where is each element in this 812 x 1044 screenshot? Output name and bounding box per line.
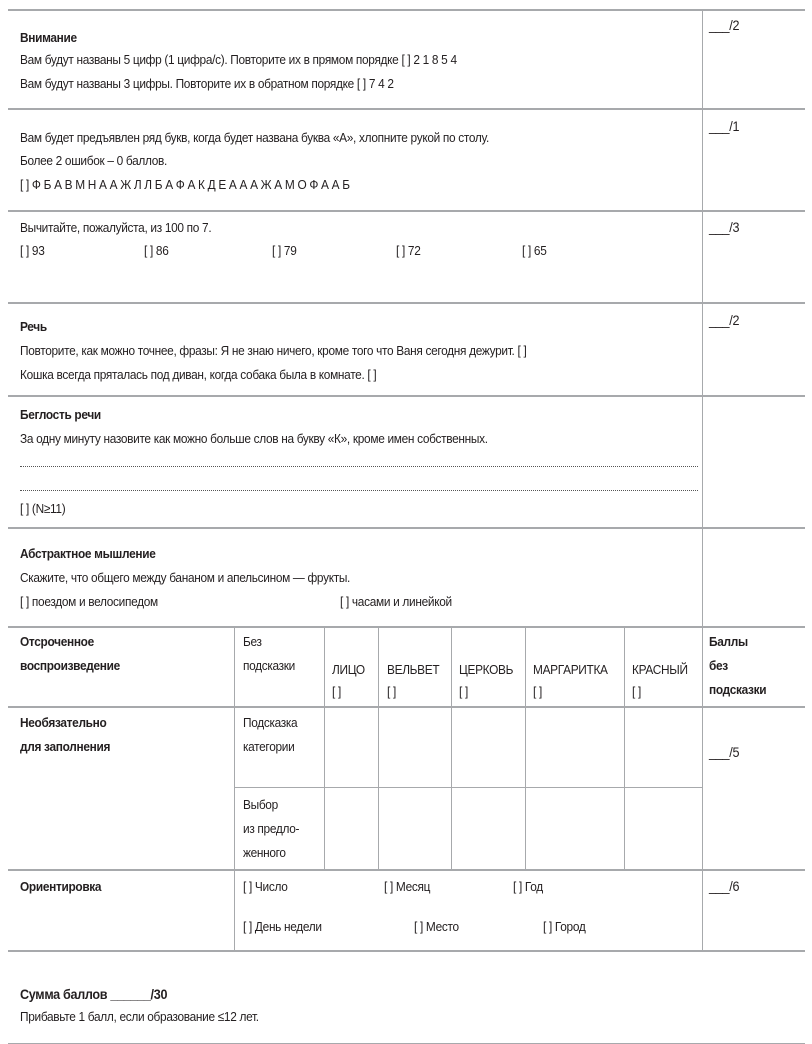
category-cue-line1: Подсказка xyxy=(243,714,297,732)
recall-col-divider-1 xyxy=(324,626,325,870)
fluency-title: Беглость речи xyxy=(20,406,101,424)
recall-word-face: ЛИЦО xyxy=(332,661,365,679)
optional-label-line2: для заполнения xyxy=(20,738,110,756)
multiple-choice-line3: женного xyxy=(243,844,286,862)
speech-phrase-2[interactable]: Кошка всегда пряталась под диван, когда … xyxy=(20,366,376,384)
rule-subtraction-bottom xyxy=(8,302,805,304)
letters-score[interactable]: ___/1 xyxy=(709,118,739,134)
subtraction-item-72[interactable]: [ ] 72 xyxy=(396,242,421,260)
no-cue-label-line2: подсказки xyxy=(243,657,295,675)
rule-attention-bottom xyxy=(8,108,805,110)
fluency-criterion[interactable]: [ ] (N≥11) xyxy=(20,500,65,518)
attention-backward-digits[interactable]: Вам будут названы 3 цифры. Повторите их … xyxy=(20,75,394,93)
attention-score[interactable]: ___/2 xyxy=(709,17,739,33)
speech-score[interactable]: ___/2 xyxy=(709,312,739,328)
orientation-city[interactable]: [ ] Город xyxy=(543,918,585,936)
education-note: Прибавьте 1 балл, если образование ≤12 л… xyxy=(20,1008,259,1026)
abstraction-instruction: Скажите, что общего между бананом и апел… xyxy=(20,569,350,587)
category-cue-line2: категории xyxy=(243,738,294,756)
recall-word-daisy: МАРГАРИТКА xyxy=(533,661,608,679)
rule-top xyxy=(8,9,805,11)
points-header-line1: Баллы xyxy=(709,633,748,651)
recall-score[interactable]: ___/5 xyxy=(709,744,739,760)
rule-abstraction-bottom xyxy=(8,626,805,628)
fluency-answer-line-2[interactable] xyxy=(20,490,698,491)
subtraction-item-79[interactable]: [ ] 79 xyxy=(272,242,297,260)
score-column-divider xyxy=(702,9,703,951)
subtraction-item-93[interactable]: [ ] 93 xyxy=(20,242,45,260)
total-score[interactable]: Сумма баллов ______/30 xyxy=(20,985,167,1003)
rule-fluency-bottom xyxy=(8,527,805,529)
multiple-choice-line2: из предло- xyxy=(243,820,299,838)
optional-label-line1: Необязательно xyxy=(20,714,106,732)
recall-word-daisy-checkbox[interactable]: [ ] xyxy=(533,683,542,701)
orientation-score[interactable]: ___/6 xyxy=(709,878,739,894)
rule-recall-bottom xyxy=(8,869,805,871)
orientation-date[interactable]: [ ] Число xyxy=(243,878,287,896)
points-header-line3: подсказки xyxy=(709,681,766,699)
recall-title-line2: воспроизведение xyxy=(20,657,120,675)
orientation-place[interactable]: [ ] Место xyxy=(414,918,459,936)
subtraction-score[interactable]: ___/3 xyxy=(709,219,739,235)
abstraction-option-train-bike[interactable]: [ ] поездом и велосипедом xyxy=(20,593,158,611)
recall-word-velvet: ВЕЛЬВЕТ xyxy=(387,661,439,679)
fluency-answer-line-1[interactable] xyxy=(20,466,698,467)
attention-title: Внимание xyxy=(20,29,77,47)
subtraction-instruction: Вычитайте, пожалуйста, из 100 по 7. xyxy=(20,219,211,237)
orientation-weekday[interactable]: [ ] День недели xyxy=(243,918,322,936)
recall-col-divider-2 xyxy=(378,626,379,870)
abstraction-title: Абстрактное мышление xyxy=(20,545,155,563)
rule-recall-header-bottom xyxy=(8,706,805,708)
fluency-instruction: За одну минуту назовите как можно больше… xyxy=(20,430,488,448)
recall-word-red: КРАСНЫЙ xyxy=(632,661,688,679)
orientation-month[interactable]: [ ] Месяц xyxy=(384,878,430,896)
recall-col-divider-3 xyxy=(451,626,452,870)
subtraction-item-86[interactable]: [ ] 86 xyxy=(144,242,169,260)
attention-forward-digits[interactable]: Вам будут названы 5 цифр (1 цифра/с). По… xyxy=(20,51,457,69)
recall-col-divider-5 xyxy=(624,626,625,870)
recall-word-velvet-checkbox[interactable]: [ ] xyxy=(387,683,396,701)
speech-phrase-1[interactable]: Повторите, как можно точнее, фразы: Я не… xyxy=(20,342,526,360)
orientation-title: Ориентировка xyxy=(20,878,101,896)
rule-speech-bottom xyxy=(8,395,805,397)
no-cue-label-line1: Без xyxy=(243,633,262,651)
multiple-choice-line1: Выбор xyxy=(243,796,278,814)
rule-cue-rows-divider xyxy=(234,787,702,788)
subtraction-item-65[interactable]: [ ] 65 xyxy=(522,242,547,260)
recall-word-church-checkbox[interactable]: [ ] xyxy=(459,683,468,701)
rule-letters-bottom xyxy=(8,210,805,212)
recall-word-church: ЦЕРКОВЬ xyxy=(459,661,513,679)
abstraction-option-watch-ruler[interactable]: [ ] часами и линейкой xyxy=(340,593,452,611)
orientation-year[interactable]: [ ] Год xyxy=(513,878,543,896)
letters-sequence[interactable]: [ ] Ф Б А В М Н А А Ж Л Л Б А Ф А К Д Е … xyxy=(20,176,350,194)
recall-title-line1: Отсроченное xyxy=(20,633,94,651)
recall-word-red-checkbox[interactable]: [ ] xyxy=(632,683,641,701)
letters-error-rule: Более 2 ошибок – 0 баллов. xyxy=(20,152,167,170)
recall-col-divider-4 xyxy=(525,626,526,870)
speech-title: Речь xyxy=(20,318,47,336)
recall-word-face-checkbox[interactable]: [ ] xyxy=(332,683,341,701)
rule-orientation-bottom xyxy=(8,950,805,952)
letters-instruction: Вам будет предъявлен ряд букв, когда буд… xyxy=(20,129,489,147)
recall-label-divider xyxy=(234,626,235,951)
points-header-line2: без xyxy=(709,657,728,675)
